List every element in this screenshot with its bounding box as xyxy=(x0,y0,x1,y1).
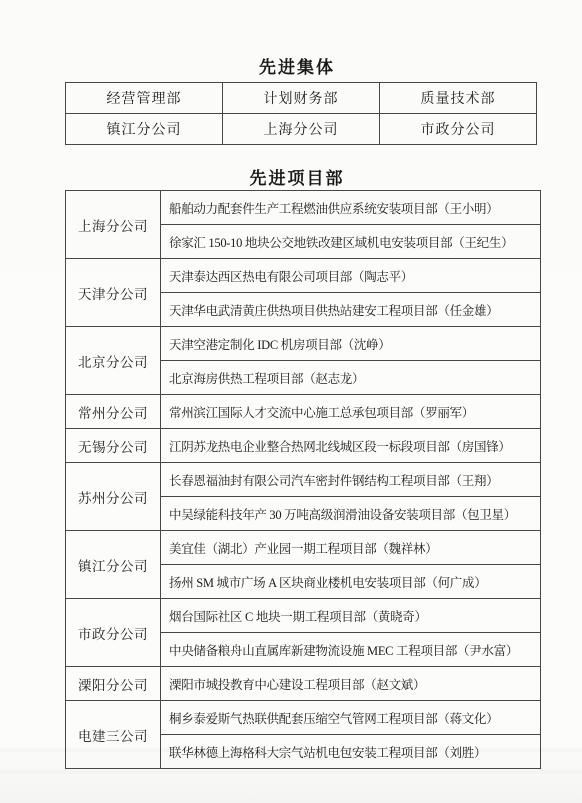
collective-cell: 上海分公司 xyxy=(223,114,380,145)
table-row: 北京分公司 天津空港定制化 IDC 机房项目部（沈峥） xyxy=(66,327,541,361)
company-cell: 常州分公司 xyxy=(66,395,161,429)
company-cell: 北京分公司 xyxy=(66,327,161,395)
company-cell: 镇江分公司 xyxy=(66,531,161,599)
project-cell: 桐乡泰爱斯气热联供配套压缩空气管网工程项目部（蒋文化） xyxy=(161,701,541,735)
company-cell: 电建三公司 xyxy=(66,701,161,769)
collective-cell: 镇江分公司 xyxy=(66,114,223,145)
advanced-project-table: 上海分公司 船舶动力配套件生产工程燃油供应系统安装项目部（王小明） 徐家汇 15… xyxy=(65,190,541,769)
project-cell: 扬州 SM 城市广场 A 区块商业楼机电安装项目部（何广成） xyxy=(161,565,541,599)
table-row: 天津分公司 天津泰达西区热电有限公司项目部（陶志平） xyxy=(66,259,541,293)
table-row: 电建三公司 桐乡泰爱斯气热联供配套压缩空气管网工程项目部（蒋文化） xyxy=(66,701,541,735)
company-cell: 苏州分公司 xyxy=(66,463,161,531)
project-cell: 天津泰达西区热电有限公司项目部（陶志平） xyxy=(161,259,541,293)
project-cell: 联华林德上海格科大宗气站机电包安装工程项目部（刘胜） xyxy=(161,735,541,769)
table-row: 溧阳分公司 溧阳市城投教育中心建设工程项目部（赵文斌） xyxy=(66,667,541,701)
advanced-collective-table: 经营管理部 计划财务部 质量技术部 镇江分公司 上海分公司 市政分公司 xyxy=(65,82,537,145)
advanced-collective-title: 先进集体 xyxy=(65,53,529,78)
collective-cell: 质量技术部 xyxy=(380,83,537,114)
project-cell: 溧阳市城投教育中心建设工程项目部（赵文斌） xyxy=(161,667,541,701)
project-cell: 长春恩福油封有限公司汽车密封件钢结构工程项目部（王翔） xyxy=(161,463,541,497)
company-cell: 溧阳分公司 xyxy=(66,667,161,701)
company-cell: 上海分公司 xyxy=(66,191,161,259)
project-cell: 天津空港定制化 IDC 机房项目部（沈峥） xyxy=(161,327,541,361)
table-row: 苏州分公司 长春恩福油封有限公司汽车密封件钢结构工程项目部（王翔） xyxy=(66,463,541,497)
project-cell: 北京海房供热工程项目部（赵志龙） xyxy=(161,361,541,395)
company-cell: 无锡分公司 xyxy=(66,429,161,463)
project-cell: 江阴苏龙热电企业整合热网北线城区段一标段项目部（房国锋） xyxy=(161,429,541,463)
project-cell: 中吴绿能科技年产 30 万吨高级润滑油设备安装项目部（包卫星） xyxy=(161,497,541,531)
project-cell: 船舶动力配套件生产工程燃油供应系统安装项目部（王小明） xyxy=(161,191,541,225)
table-row: 常州分公司 常州滨江国际人才交流中心施工总承包项目部（罗丽军） xyxy=(66,395,541,429)
advanced-project-title: 先进项目部 xyxy=(65,164,529,189)
project-cell: 天津华电武清黄庄供热项目供热站建安工程项目部（任金雄） xyxy=(161,293,541,327)
document-page: 先进集体 经营管理部 计划财务部 质量技术部 镇江分公司 上海分公司 市政分公司… xyxy=(0,0,582,803)
collective-cell: 市政分公司 xyxy=(380,114,537,145)
project-cell: 徐家汇 150-10 地块公交地铁改建区域机电安装项目部（王纪生） xyxy=(161,225,541,259)
table-row: 上海分公司 船舶动力配套件生产工程燃油供应系统安装项目部（王小明） xyxy=(66,191,541,225)
project-cell: 烟台国际社区 C 地块一期工程项目部（黄晓奇） xyxy=(161,599,541,633)
company-cell: 天津分公司 xyxy=(66,259,161,327)
table-row: 镇江分公司 上海分公司 市政分公司 xyxy=(66,114,537,145)
table-row: 无锡分公司 江阴苏龙热电企业整合热网北线城区段一标段项目部（房国锋） xyxy=(66,429,541,463)
project-cell: 常州滨江国际人才交流中心施工总承包项目部（罗丽军） xyxy=(161,395,541,429)
collective-cell: 经营管理部 xyxy=(66,83,223,114)
table-row: 市政分公司 烟台国际社区 C 地块一期工程项目部（黄晓奇） xyxy=(66,599,541,633)
project-cell: 中央储备粮舟山直属库新建物流设施 MEC 工程项目部（尹水富） xyxy=(161,633,541,667)
company-cell: 市政分公司 xyxy=(66,599,161,667)
table-row: 镇江分公司 美宜佳（湖北）产业园一期工程项目部（魏祥林） xyxy=(66,531,541,565)
collective-cell: 计划财务部 xyxy=(223,83,380,114)
scan-streak xyxy=(0,770,582,774)
table-row: 经营管理部 计划财务部 质量技术部 xyxy=(66,83,537,114)
project-cell: 美宜佳（湖北）产业园一期工程项目部（魏祥林） xyxy=(161,531,541,565)
